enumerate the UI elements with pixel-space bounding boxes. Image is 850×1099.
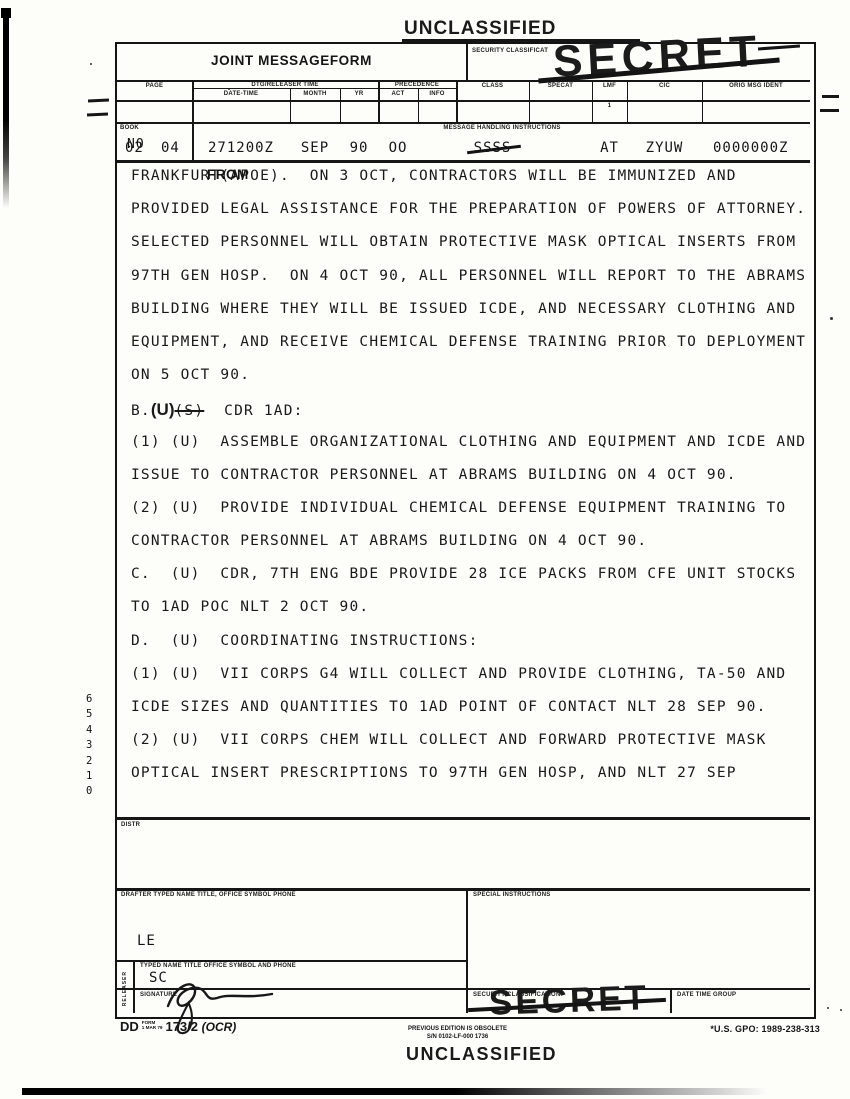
scan-bottom-bar <box>22 1088 767 1095</box>
yr-label: YR <box>340 91 378 97</box>
form-number-dd: DD <box>120 1019 139 1034</box>
body-line: (1) (U) VII CORPS G4 WILL COLLECT AND PR… <box>131 666 811 699</box>
body-line: TO 1AD POC NLT 2 OCT 90. <box>131 599 811 632</box>
book-label: BOOK <box>120 125 139 131</box>
body-line: ON 5 OCT 90. <box>131 367 811 400</box>
body-line: CONTRACTOR PERSONNEL AT ABRAMS BUILDING … <box>131 533 811 566</box>
body-line: (2) (U) PROVIDE INDIVIDUAL CHEMICAL DEFE… <box>131 500 811 533</box>
margin-digit: 0 <box>86 784 104 799</box>
margin-digit: 6 <box>86 692 104 707</box>
distr-label: DISTR <box>121 822 140 828</box>
speck <box>90 63 92 65</box>
previous-edition-block: PREVIOUS EDITION IS OBSOLETE S/N 0102-LF… <box>350 1025 565 1041</box>
security-classification-label: SECURITY CLASSIFICAT <box>472 48 548 54</box>
registration-mark-right-1 <box>822 95 839 98</box>
from-overprint: FROM <box>207 167 249 182</box>
lmf-footnote: 1 <box>592 103 627 109</box>
scanned-document-page: UNCLASSIFIED SECRET 6543210 JOINT MESSAG… <box>0 0 850 1099</box>
book-value: NO <box>127 137 145 152</box>
releaser-section-label: RELEASER <box>118 962 132 1015</box>
message-handling-instructions-label: MESSAGE HANDLING INSTRUCTIONS <box>194 125 810 131</box>
dtg-label: DTG/RELEASER TIME <box>192 82 378 88</box>
yr-value: 90 <box>340 140 378 156</box>
precedence-label: PRECEDENCE <box>378 82 456 88</box>
scan-edge-bar <box>3 8 9 208</box>
body-line: ISSUE TO CONTRACTOR PERSONNEL AT ABRAMS … <box>131 467 811 500</box>
body-line: OPTICAL INSERT PRESCRIPTIONS TO 97TH GEN… <box>131 765 811 798</box>
act-value: OO <box>378 140 418 156</box>
drafter-value: LE <box>137 933 156 949</box>
orig-msg-ident-value: 0000000Z <box>713 140 788 156</box>
cic-value: ZYUW <box>627 140 702 156</box>
body-line: B.(U)(S) CDR 1AD: <box>131 400 811 433</box>
previous-edition-text: PREVIOUS EDITION IS OBSOLETE <box>350 1025 565 1033</box>
registration-mark-right-2 <box>820 109 839 112</box>
body-line: BUILDING WHERE THEY WILL BE ISSUED ICDE,… <box>131 301 811 334</box>
typed-name-label: TYPED NAME TITLE OFFICE SYMBOL AND PHONE <box>140 963 296 969</box>
margin-digits: 6543210 <box>86 692 104 800</box>
speck <box>840 1009 842 1011</box>
top-classification-banner: UNCLASSIFIED <box>404 18 556 40</box>
scan-edge-notch <box>1 8 11 18</box>
date-time-label: DATE-TIME <box>192 91 290 97</box>
special-instructions-label: SPECIAL INSTRUCTIONS <box>473 892 551 898</box>
message-body: FRANKFURT(APOE). ON 3 OCT, CONTRACTORS W… <box>131 168 811 799</box>
body-line: SELECTED PERSONNEL WILL OBTAIN PROTECTIV… <box>131 234 811 267</box>
month-label: MONTH <box>290 91 340 97</box>
registration-mark-left-1 <box>88 98 109 102</box>
lmf-value: AT <box>592 140 627 156</box>
month-value: SEP <box>290 140 340 156</box>
speck <box>830 317 833 320</box>
margin-digit: 4 <box>86 723 104 738</box>
drafter-label: DRAFTER TYPED NAME TITLE, OFFICE SYMBOL … <box>121 892 296 898</box>
info-label: INFO <box>418 91 456 97</box>
cic-label: CIC <box>627 83 702 89</box>
page-label: PAGE <box>117 83 192 89</box>
body-line: ICDE SIZES AND QUANTITIES TO 1AD POINT O… <box>131 699 811 732</box>
body-line: EQUIPMENT, AND RECEIVE CHEMICAL DEFENSE … <box>131 334 811 367</box>
body-line: (2) (U) VII CORPS CHEM WILL COLLECT AND … <box>131 732 811 765</box>
body-line: (1) (U) ASSEMBLE ORGANIZATIONAL CLOTHING… <box>131 434 811 467</box>
act-label: ACT <box>378 91 418 97</box>
margin-digit: 5 <box>86 707 104 722</box>
date-time-group-label: DATE TIME GROUP <box>677 992 736 998</box>
body-line: D. (U) COORDINATING INSTRUCTIONS: <box>131 633 811 666</box>
class-label: CLASS <box>456 83 529 89</box>
gpo-number: *U.S. GPO: 1989-238-313 <box>655 1024 820 1034</box>
body-line: C. (U) CDR, 7TH ENG BDE PROVIDE 28 ICE P… <box>131 566 811 599</box>
joint-messageform: JOINT MESSAGEFORM SECURITY CLASSIFICAT P… <box>115 42 816 1019</box>
bottom-classification-banner: UNCLASSIFIED <box>406 1044 557 1065</box>
form-title: JOINT MESSAGEFORM <box>117 53 466 68</box>
date-time-value: 271200Z <box>192 140 290 156</box>
registration-mark-left-2 <box>87 112 108 116</box>
margin-digit: 3 <box>86 738 104 753</box>
margin-digit: 2 <box>86 754 104 769</box>
releaser-signature <box>158 972 288 1036</box>
serial-number-text: S/N 0102-LF-000 1736 <box>350 1033 565 1041</box>
speck <box>827 1007 829 1009</box>
margin-digit: 1 <box>86 769 104 784</box>
body-line: PROVIDED LEGAL ASSISTANCE FOR THE PREPAR… <box>131 201 811 234</box>
body-line: 97TH GEN HOSP. ON 4 OCT 90, ALL PERSONNE… <box>131 268 811 301</box>
page-of-value: 04 <box>161 140 180 156</box>
orig-msg-ident-label: ORIG MSG IDENT <box>702 83 810 89</box>
